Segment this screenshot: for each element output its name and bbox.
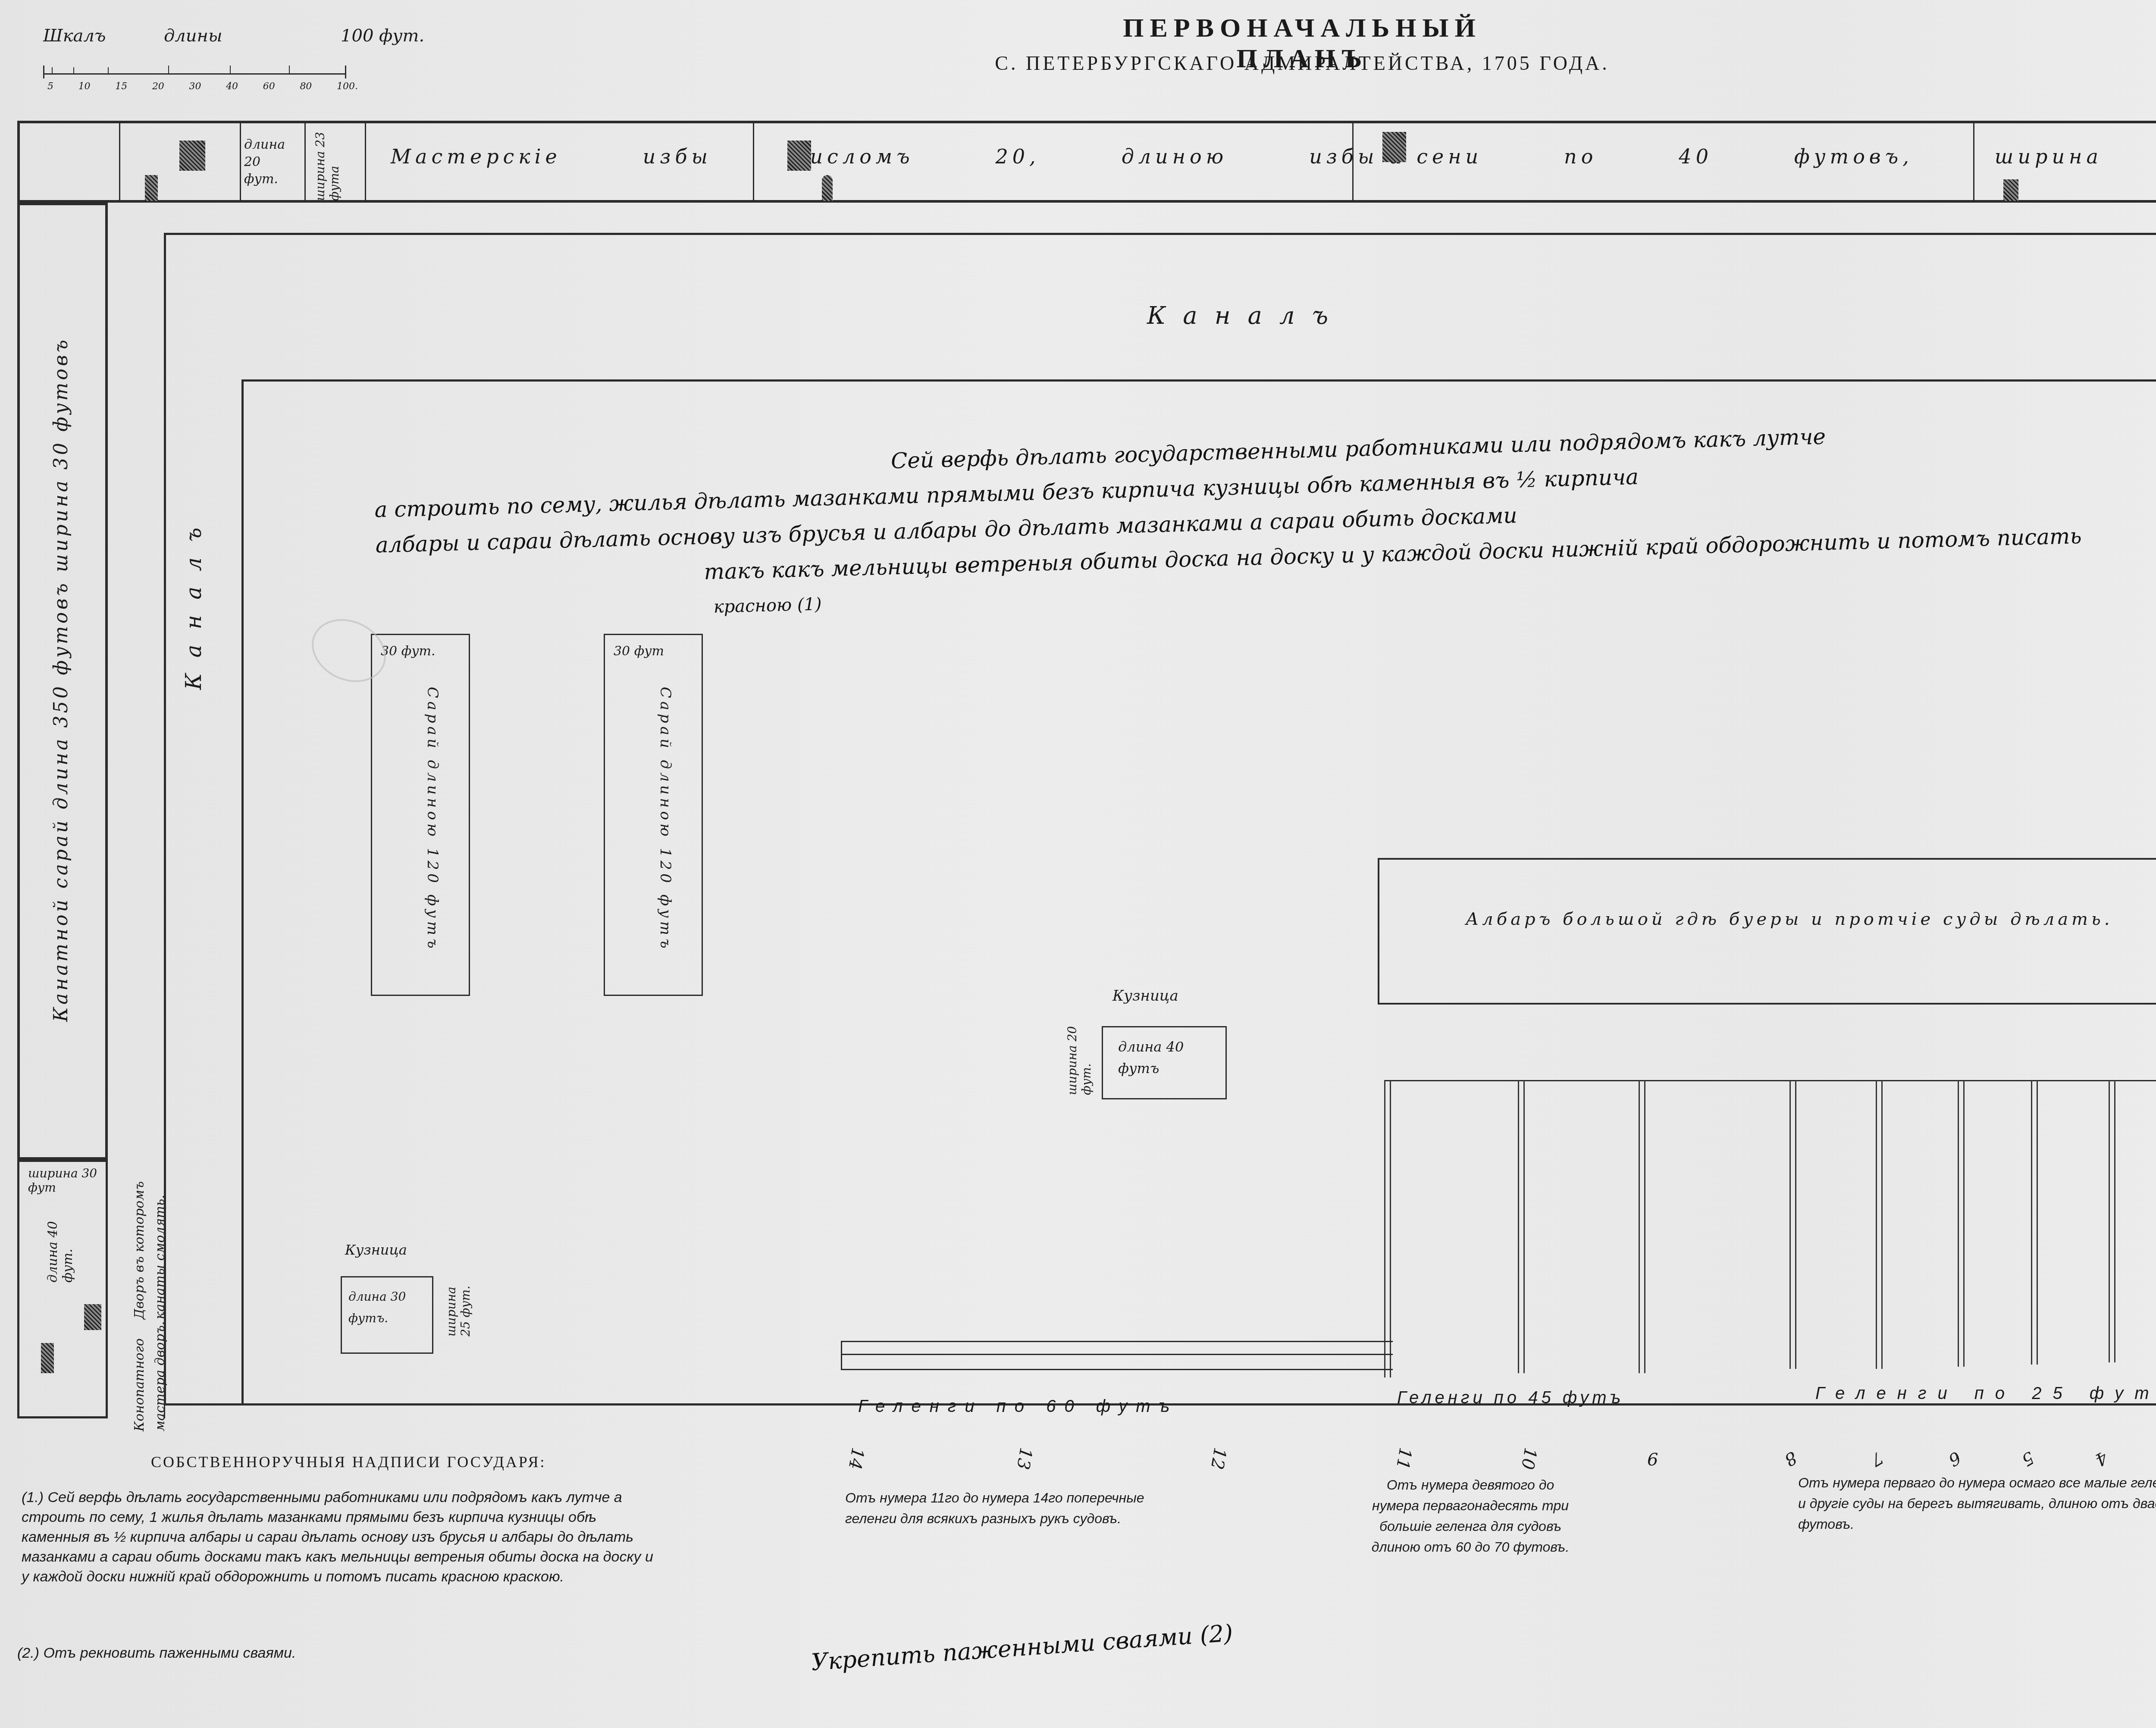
canal-top-label: Каналъ bbox=[1147, 302, 1345, 330]
top-cell-width: ширина 23 фута bbox=[313, 128, 342, 201]
slipway-9 bbox=[1639, 1080, 1645, 1373]
door-icon bbox=[2003, 179, 2018, 201]
slipway-11 bbox=[1384, 1080, 1391, 1377]
shed-1: 30 фут. Сарай длиною 120 футъ bbox=[371, 634, 470, 996]
scale-label-mid: длины bbox=[164, 26, 222, 46]
door-icon bbox=[822, 175, 833, 201]
forge-1-width: ширина 20 фут. bbox=[1065, 1022, 1091, 1095]
note-1: (1.) Сей верфь дѣлать государственными р… bbox=[22, 1487, 655, 1587]
note-2: (2.) Отъ рекновить паженными сваями. bbox=[17, 1645, 296, 1662]
top-cell-length: длина 20 фут. bbox=[244, 136, 291, 188]
notes-heading: СОБСТВЕННОРУЧНЫЯ НАДПИСИ ГОСУДАРЯ: bbox=[151, 1453, 546, 1471]
note-slips-11-14: Отъ нумера 11го до нумера 14го поперечны… bbox=[845, 1487, 1190, 1529]
top-workshop-strip: длина 20 фут. ширина 23 фута Мастерскіе … bbox=[17, 121, 2156, 203]
door-icon bbox=[1382, 132, 1406, 162]
slipway-8 bbox=[1789, 1080, 1796, 1369]
slip-numbers: 14 13 12 11 10 9 8 7 6 5 4 3 2 1 bbox=[845, 1449, 2156, 1474]
forge-2-title: Кузница bbox=[345, 1242, 407, 1258]
scale-bar: Шкалъ длины 100 фут. 5 10 15 20 30 40 60… bbox=[43, 26, 371, 99]
rope-shed-label: Канатной сарай длина 350 футовъ ширина 3… bbox=[50, 222, 72, 1136]
door-icon bbox=[787, 141, 811, 171]
scale-ticks: 5 10 15 20 30 40 60 80 100. bbox=[47, 81, 358, 92]
quarters-width: ширина 30 фут bbox=[28, 1166, 101, 1195]
door-icon bbox=[84, 1304, 101, 1330]
forge-2-width: ширина 25 фут. bbox=[444, 1268, 470, 1337]
forge-2: длина 30 футъ. bbox=[341, 1276, 433, 1354]
slipway-13 bbox=[841, 1354, 1393, 1355]
imperial-signature: Укрепить паженными сваями (2) bbox=[810, 1619, 1234, 1676]
slipways-45-caption: Геленги по 45 футъ bbox=[1397, 1388, 1624, 1408]
slipways-60-caption: Геленги по 60 футъ bbox=[858, 1397, 1178, 1416]
forge-1-title: Кузница bbox=[1112, 987, 1178, 1005]
ropewalk-quarters: ширина 30 фут длина 40 фут. bbox=[17, 1160, 108, 1418]
slipway-6 bbox=[1958, 1080, 1965, 1367]
map-subtitle: С. ПЕТЕРБУРГСКАГО АДМИРАЛТЕЙСТВА, 1705 Г… bbox=[966, 52, 1639, 75]
slipway-12 bbox=[841, 1341, 1393, 1342]
note-slips-1-8: Отъ нумера перваго до нумера осмаго все … bbox=[1798, 1472, 2156, 1534]
canal-left-label: Каналъ bbox=[181, 517, 206, 690]
slipway-10 bbox=[1518, 1080, 1525, 1373]
slipway-7 bbox=[1876, 1080, 1883, 1369]
quarters-length: длина 40 фут. bbox=[45, 1205, 75, 1283]
slipway-4 bbox=[2109, 1080, 2115, 1362]
slipway-top-edge bbox=[1384, 1080, 2156, 1081]
rope-shed: Канатной сарай длина 350 футовъ ширина 3… bbox=[17, 203, 108, 1160]
scale-label-right: 100 фут. bbox=[341, 26, 424, 46]
slipway-14 bbox=[841, 1369, 1393, 1370]
door-icon bbox=[41, 1343, 54, 1373]
forge-1: длина 40 футъ bbox=[1102, 1026, 1227, 1099]
shed-2: 30 фут Сарай длиною 120 футъ bbox=[604, 634, 703, 996]
scale-label-left: Шкалъ bbox=[43, 26, 106, 46]
door-icon bbox=[145, 175, 158, 201]
map-sheet: ПЕРВОНАЧАЛЬНЫЙ ПЛАНЪ С. ПЕТЕРБУРГСКАГО А… bbox=[0, 0, 2156, 1728]
door-icon bbox=[179, 141, 205, 171]
top-strip-caption: Мастерскіе избы числомъ 20, длиною избы … bbox=[391, 145, 2156, 168]
slipway-5 bbox=[2031, 1080, 2038, 1365]
slipways-25-caption: Геленги по 25 футъ bbox=[1815, 1384, 2156, 1403]
note-slips-9-10: Отъ нумера девятого до нумера первагонад… bbox=[1371, 1474, 1570, 1557]
large-warehouse: Албаръ большой гдѣ буеры и протчіе суды … bbox=[1378, 858, 2156, 1005]
